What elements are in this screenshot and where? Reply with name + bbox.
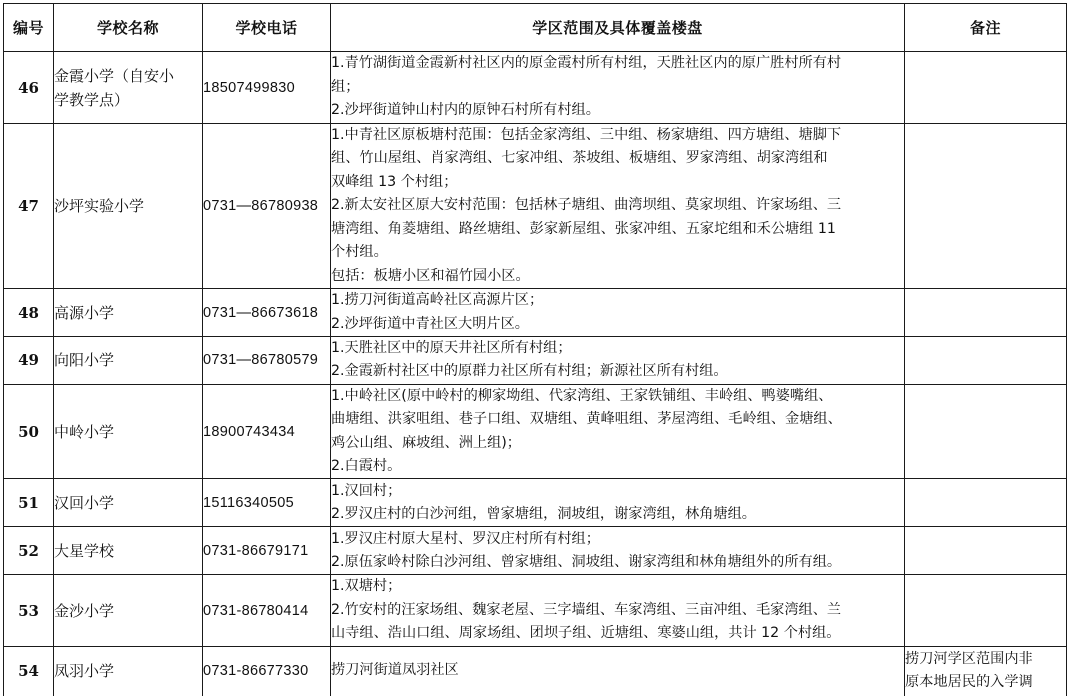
- district-scope-line: 塘湾组、角菱塘组、路丝塘组、彭家新屋组、张家冲组、五家坨组和禾公塘组 11: [331, 218, 904, 241]
- school-phone: 0731-86780414: [203, 575, 331, 646]
- school-name: 大星学校: [54, 527, 203, 575]
- district-scope: 捞刀河街道凤羽社区: [331, 646, 905, 696]
- remarks: [905, 575, 1067, 646]
- school-phone: 15116340505: [203, 479, 331, 527]
- district-scope-line: 2.金霞新村社区中的原群力社区所有村组；新源社区所有村组。: [331, 360, 904, 383]
- district-scope-line: 组；: [331, 76, 904, 99]
- district-scope-line: 鸡公山组、麻坡组、洲上组)；: [331, 432, 904, 455]
- remarks: [905, 527, 1067, 575]
- table-row: 48高源小学0731—866736181.捞刀河街道高岭社区高源片区；2.沙坪街…: [4, 289, 1067, 337]
- school-phone: 18900743434: [203, 384, 331, 479]
- school-name-line: 向阳小学: [54, 348, 202, 372]
- row-number: 53: [4, 575, 54, 646]
- school-name: 凤羽小学: [54, 646, 203, 696]
- school-name-line: 沙坪实验小学: [54, 194, 202, 218]
- remarks: [905, 52, 1067, 124]
- table-row: 54凤羽小学0731-86677330捞刀河街道凤羽社区捞刀河学区范围内非原本地…: [4, 646, 1067, 696]
- remarks: [905, 124, 1067, 289]
- district-scope-line: 2.沙坪街道中青社区大明片区。: [331, 313, 904, 336]
- district-scope-line: 2.罗汉庄村的白沙河组，曾家塘组，洞坡组，谢家湾组，林角塘组。: [331, 503, 904, 526]
- school-name: 金霞小学（自安小学教学点）: [54, 52, 203, 124]
- school-name-line: 学教学点）: [54, 88, 202, 112]
- table-row: 47沙坪实验小学0731—867809381.中青社区原板塘村范围：包括金家湾组…: [4, 124, 1067, 289]
- table-row: 49向阳小学0731—867805791.天胜社区中的原天井社区所有村组；2.金…: [4, 337, 1067, 385]
- district-scope-line: 组、竹山屋组、肖家湾组、七家冲组、茶坡组、板塘组、罗家湾组、胡家湾组和: [331, 147, 904, 170]
- header-row: 编号 学校名称 学校电话 学区范围及具体覆盖楼盘 备注: [4, 4, 1067, 52]
- district-scope-line: 2.白霞村。: [331, 455, 904, 478]
- district-scope-line: 1.中青社区原板塘村范围：包括金家湾组、三中组、杨家塘组、四方塘组、塘脚下: [331, 124, 904, 147]
- remarks: [905, 479, 1067, 527]
- school-phone: 0731-86679171: [203, 527, 331, 575]
- school-phone: 0731—86673618: [203, 289, 331, 337]
- header-district-scope: 学区范围及具体覆盖楼盘: [331, 4, 905, 52]
- row-number: 48: [4, 289, 54, 337]
- school-phone: 0731—86780938: [203, 124, 331, 289]
- district-scope-line: 捞刀河街道凤羽社区: [331, 659, 904, 682]
- school-name-line: 中岭小学: [54, 420, 202, 444]
- school-name-line: 金霞小学（自安小: [54, 64, 202, 88]
- district-scope-line: 个村组。: [331, 241, 904, 264]
- table-row: 52大星学校0731-866791711.罗汉庄村原大星村、罗汉庄村所有村组；2…: [4, 527, 1067, 575]
- district-scope: 1.双塘村；2.竹安村的汪家场组、魏家老屋、三字墙组、车家湾组、三亩冲组、毛家湾…: [331, 575, 905, 646]
- remarks: [905, 289, 1067, 337]
- district-scope-line: 双峰组 13 个村组；: [331, 171, 904, 194]
- district-scope-line: 1.汉回村；: [331, 480, 904, 503]
- header-remarks: 备注: [905, 4, 1067, 52]
- school-name: 金沙小学: [54, 575, 203, 646]
- district-scope: 1.中岭社区(原中岭村的柳家坳组、代家湾组、王家铁铺组、丰岭组、鸭婆嘴组、曲塘组…: [331, 384, 905, 479]
- table-row: 46金霞小学（自安小学教学点）185074998301.青竹湖街道金霞新村社区内…: [4, 52, 1067, 124]
- row-number: 54: [4, 646, 54, 696]
- school-phone: 18507499830: [203, 52, 331, 124]
- district-scope: 1.罗汉庄村原大星村、罗汉庄村所有村组；2.原伍家岭村除白沙河组、曾家塘组、洞坡…: [331, 527, 905, 575]
- district-scope: 1.中青社区原板塘村范围：包括金家湾组、三中组、杨家塘组、四方塘组、塘脚下组、竹…: [331, 124, 905, 289]
- header-school-phone: 学校电话: [203, 4, 331, 52]
- district-scope-line: 包括：板塘小区和福竹园小区。: [331, 265, 904, 288]
- table-row: 53金沙小学0731-867804141.双塘村；2.竹安村的汪家场组、魏家老屋…: [4, 575, 1067, 646]
- district-scope: 1.捞刀河街道高岭社区高源片区；2.沙坪街道中青社区大明片区。: [331, 289, 905, 337]
- school-name-line: 高源小学: [54, 301, 202, 325]
- district-scope-line: 2.新太安社区原大安村范围：包括林子塘组、曲湾坝组、莫家坝组、许家场组、三: [331, 194, 904, 217]
- remarks: 捞刀河学区范围内非原本地居民的入学调: [905, 646, 1067, 696]
- district-scope-line: 曲塘组、洪家咀组、巷子口组、双塘组、黄峰咀组、茅屋湾组、毛岭组、金塘组、: [331, 408, 904, 431]
- remarks: [905, 384, 1067, 479]
- row-number: 50: [4, 384, 54, 479]
- district-scope: 1.青竹湖街道金霞新村社区内的原金霞村所有村组，天胜社区内的原广胜村所有村组；2…: [331, 52, 905, 124]
- district-scope-line: 2.原伍家岭村除白沙河组、曾家塘组、洞坡组、谢家湾组和林角塘组外的所有组。: [331, 551, 904, 574]
- header-number: 编号: [4, 4, 54, 52]
- table-row: 50中岭小学189007434341.中岭社区(原中岭村的柳家坳组、代家湾组、王…: [4, 384, 1067, 479]
- district-scope-line: 1.罗汉庄村原大星村、罗汉庄村所有村组；: [331, 528, 904, 551]
- table-row: 51汉回小学151163405051.汉回村；2.罗汉庄村的白沙河组，曾家塘组，…: [4, 479, 1067, 527]
- row-number: 49: [4, 337, 54, 385]
- school-name: 汉回小学: [54, 479, 203, 527]
- district-scope-line: 2.竹安村的汪家场组、魏家老屋、三字墙组、车家湾组、三亩冲组、毛家湾组、兰: [331, 599, 904, 622]
- remarks: [905, 337, 1067, 385]
- school-district-table: 编号 学校名称 学校电话 学区范围及具体覆盖楼盘 备注 46金霞小学（自安小学教…: [3, 3, 1067, 696]
- school-name: 沙坪实验小学: [54, 124, 203, 289]
- row-number: 47: [4, 124, 54, 289]
- district-scope: 1.天胜社区中的原天井社区所有村组；2.金霞新村社区中的原群力社区所有村组；新源…: [331, 337, 905, 385]
- district-scope-line: 山寺组、浩山口组、周家场组、团坝子组、近塘组、寒婆山组，共计 12 个村组。: [331, 622, 904, 645]
- school-name-line: 凤羽小学: [54, 659, 202, 683]
- row-number: 52: [4, 527, 54, 575]
- school-name: 中岭小学: [54, 384, 203, 479]
- district-scope-line: 2.沙坪街道钟山村内的原钟石村所有村组。: [331, 99, 904, 122]
- row-number: 51: [4, 479, 54, 527]
- school-name: 向阳小学: [54, 337, 203, 385]
- district-scope: 1.汉回村；2.罗汉庄村的白沙河组，曾家塘组，洞坡组，谢家湾组，林角塘组。: [331, 479, 905, 527]
- district-scope-line: 1.双塘村；: [331, 575, 904, 598]
- district-scope-line: 1.青竹湖街道金霞新村社区内的原金霞村所有村组，天胜社区内的原广胜村所有村: [331, 52, 904, 75]
- school-name: 高源小学: [54, 289, 203, 337]
- district-scope-line: 1.捞刀河街道高岭社区高源片区；: [331, 289, 904, 312]
- school-name-line: 汉回小学: [54, 491, 202, 515]
- school-name-line: 大星学校: [54, 539, 202, 563]
- row-number: 46: [4, 52, 54, 124]
- school-name-line: 金沙小学: [54, 599, 202, 623]
- district-scope-line: 1.中岭社区(原中岭村的柳家坳组、代家湾组、王家铁铺组、丰岭组、鸭婆嘴组、: [331, 385, 904, 408]
- remarks-line: 捞刀河学区范围内非: [905, 648, 1066, 671]
- remarks-line: 原本地居民的入学调: [905, 671, 1066, 694]
- school-phone: 0731—86780579: [203, 337, 331, 385]
- school-phone: 0731-86677330: [203, 646, 331, 696]
- district-scope-line: 1.天胜社区中的原天井社区所有村组；: [331, 337, 904, 360]
- header-school-name: 学校名称: [54, 4, 203, 52]
